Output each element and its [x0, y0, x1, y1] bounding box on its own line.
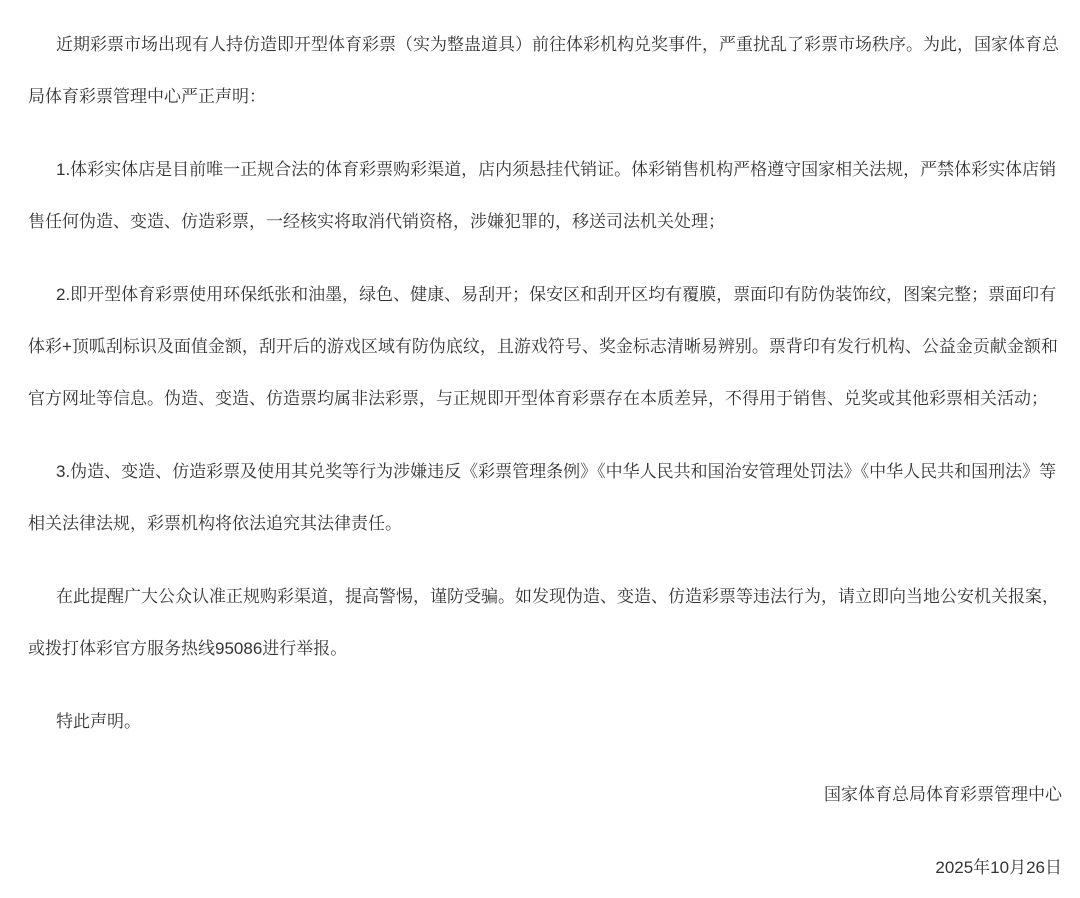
statement-item-3: 3.伪造、变造、仿造彩票及使用其兑奖等行为涉嫌违反《彩票管理条例》《中华人民共和…	[28, 446, 1062, 550]
statement-body: 近期彩票市场出现有人持仿造即开型体育彩票（实为整蛊道具）前往体彩机构兑奖事件，严…	[0, 0, 1080, 898]
statement-item-2: 2.即开型体育彩票使用环保纸张和油墨，绿色、健康、易刮开；保安区和刮开区均有覆膜…	[28, 269, 1062, 425]
statement-closing: 特此声明。	[28, 696, 1062, 748]
statement-page: 近期彩票市场出现有人持仿造即开型体育彩票（实为整蛊道具）前往体彩机构兑奖事件，严…	[0, 0, 1080, 898]
statement-signature: 国家体育总局体育彩票管理中心	[28, 769, 1062, 821]
statement-date: 2025年10月26日	[28, 842, 1062, 894]
statement-intro-paragraph: 近期彩票市场出现有人持仿造即开型体育彩票（实为整蛊道具）前往体彩机构兑奖事件，严…	[28, 19, 1062, 123]
statement-item-1: 1.体彩实体店是目前唯一正规合法的体育彩票购彩渠道，店内须悬挂代销证。体彩销售机…	[28, 144, 1062, 248]
statement-reminder-paragraph: 在此提醒广大公众认准正规购彩渠道，提高警惕，谨防受骗。如发现伪造、变造、仿造彩票…	[28, 571, 1062, 675]
